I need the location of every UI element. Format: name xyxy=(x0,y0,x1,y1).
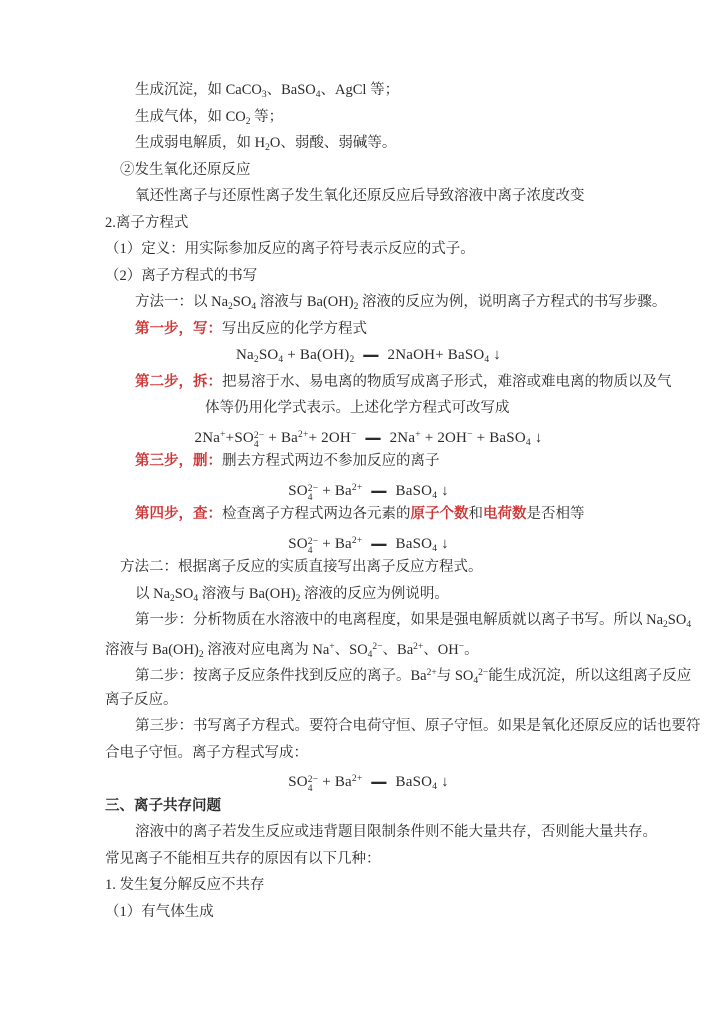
text-run: 2Na xyxy=(195,430,221,446)
text-line: （1）有气体生成 xyxy=(105,899,620,926)
text-run: SO xyxy=(288,774,308,790)
equation-line: SO2−4 + Ba2+ — BaSO4 ↓ xyxy=(105,766,620,793)
text-line: 第三步：书写离子方程式。要符合电荷守恒、原子守恒。如果是氧化还原反应的话也要符 xyxy=(135,713,620,740)
text-run: 三、离子共存问题 xyxy=(105,798,221,814)
text-run: ↓ xyxy=(489,347,501,363)
section-heading: 三、离子共存问题 xyxy=(105,793,620,820)
text-line: 1. 发生复分解反应不共存 xyxy=(105,872,620,899)
text-run: 2+ xyxy=(427,668,437,678)
text-run: 、SO xyxy=(335,642,368,658)
text-run: 合电子守恒。离子方程式写成： xyxy=(105,745,308,761)
text-run: O、弱酸、弱碱等。 xyxy=(270,135,396,151)
text-run: ②发生氧化还原反应 xyxy=(120,162,251,178)
text-run: 以 Na xyxy=(135,586,170,602)
text-run: 1. 发生复分解反应不共存 xyxy=(105,877,265,893)
text-run: 方法二：根据离子反应的实质直接写出离子反应方程式。 xyxy=(120,559,483,575)
text-run: 和 xyxy=(469,506,484,522)
text-run: 等； xyxy=(251,109,284,125)
text-run: 溶液的反应为例，说明离子方程式的书写步骤。 xyxy=(358,294,666,310)
text-run: （1）定义：用实际参加反应的离子符号表示反应的式子。 xyxy=(105,241,475,257)
text-run: SO xyxy=(233,294,252,310)
equals-sign: — xyxy=(365,409,380,467)
document-content: 生成沉淀，如 CaCO3、BaSO4、AgCl 等；生成气体，如 CO2 等；生… xyxy=(105,77,620,925)
text-run: 、AgCl 等； xyxy=(321,82,400,98)
text-line: 第二步：按离子反应条件找到反应的离子。Ba2+与 SO42−能生成沉淀，所以这组… xyxy=(135,660,620,687)
text-run: 溶液与 Ba(OH) xyxy=(198,586,295,602)
text-run: 第一步：分析物质在水溶液中的电离程度，如果是强电解质就以离子书写。所以 Na xyxy=(135,612,663,628)
equals-sign: — xyxy=(371,462,386,520)
text-run: + Ba xyxy=(318,536,352,552)
text-run: +SO xyxy=(226,430,254,446)
text-run: 2Na xyxy=(386,430,416,446)
text-run: 4 xyxy=(686,620,691,630)
text-run: − xyxy=(351,430,357,440)
text-run: 溶液中的离子若发生反应或违背题目限制条件则不能大量共存，否则能大量共存。 xyxy=(135,824,657,840)
equals-sign: — xyxy=(371,515,386,573)
text-run: SO xyxy=(259,347,279,363)
text-run xyxy=(354,347,358,363)
text-run: 体等仍用化学式表示。上述化学方程式可改写成 xyxy=(205,400,510,416)
text-run: BaSO xyxy=(392,536,433,552)
text-run: 生成弱电解质，如 H xyxy=(135,135,265,151)
text-run: ↓ xyxy=(531,430,543,446)
text-run xyxy=(357,430,361,446)
text-run: 常见离子不能相互共存的原因有以下几种： xyxy=(105,851,381,867)
text-run: SO xyxy=(668,612,687,628)
text-run: 写出反应的化学方程式 xyxy=(222,321,367,337)
text-run xyxy=(362,536,366,552)
text-run: SO xyxy=(288,483,308,499)
text-run: 溶液的反应为例说明。 xyxy=(300,586,449,602)
text-line: 第一步：分析物质在水溶液中的电离程度，如果是强电解质就以离子书写。所以 Na2S… xyxy=(135,607,620,634)
text-run: + 2OH xyxy=(421,430,467,446)
text-run: 电荷数 xyxy=(483,506,527,522)
text-line: （1）定义：用实际参加反应的离子符号表示反应的式子。 xyxy=(105,236,620,263)
text-run: ↓ xyxy=(437,483,449,499)
text-run: 生成气体，如 CO xyxy=(135,109,246,125)
equals-sign: — xyxy=(371,753,386,811)
text-run: 2+ xyxy=(352,774,363,784)
ion-charge-stack: 2−4 xyxy=(254,432,265,450)
ion-charge-stack: 2−4 xyxy=(308,485,319,503)
text-run: 方法一：以 Na xyxy=(135,294,228,310)
equals-sign: — xyxy=(363,326,378,384)
text-line: 溶液中的离子若发生反应或违背题目限制条件则不能大量共存，否则能大量共存。 xyxy=(135,819,620,846)
text-run: 原子个数 xyxy=(411,506,469,522)
text-run: 溶液与 Ba(OH) xyxy=(256,294,353,310)
text-run: ↓ xyxy=(437,536,449,552)
text-run: Na xyxy=(236,347,254,363)
text-line: 氧还性离子与还原性离子发生氧化还原反应后导致溶液中离子浓度改变 xyxy=(135,183,620,210)
text-line: 生成气体，如 CO2 等； xyxy=(135,104,620,131)
text-line: 以 Na2SO4 溶液与 Ba(OH)2 溶液的反应为例说明。 xyxy=(135,581,620,608)
text-run: + Ba xyxy=(264,430,298,446)
text-run: 、BaSO xyxy=(267,82,316,98)
text-line: 合电子守恒。离子方程式写成： xyxy=(105,740,620,767)
text-run: BaSO xyxy=(392,774,433,790)
text-line: 生成沉淀，如 CaCO3、BaSO4、AgCl 等； xyxy=(135,77,620,104)
text-run: 2+ xyxy=(352,536,363,546)
text-run: 第二步：按离子反应条件找到反应的离子。Ba xyxy=(135,668,427,684)
text-line: 2.离子方程式 xyxy=(105,210,620,237)
ion-charge-stack: 2−4 xyxy=(308,776,319,794)
text-run: 第四步，查： xyxy=(135,506,222,522)
text-run: 2+ xyxy=(413,642,423,652)
text-line: 方法一：以 Na2SO4 溶液与 Ba(OH)2 溶液的反应为例，说明离子方程式… xyxy=(135,289,620,316)
text-run: （2）离子方程式的书写 xyxy=(105,268,257,284)
text-run xyxy=(362,483,366,499)
text-run: 2.离子方程式 xyxy=(105,215,188,231)
text-run: + Ba xyxy=(318,774,352,790)
text-line: 常见离子不能相互共存的原因有以下几种： xyxy=(105,846,620,873)
text-run: （1）有气体生成 xyxy=(105,904,214,920)
text-line: 生成弱电解质，如 H2O、弱酸、弱碱等。 xyxy=(135,130,620,157)
text-run: + BaSO xyxy=(473,430,526,446)
text-run: 第三步，删： xyxy=(135,453,222,469)
text-run: 2+ xyxy=(298,430,309,440)
text-run: 、OH xyxy=(423,642,458,658)
text-run: 溶液与 Ba(OH) xyxy=(105,642,199,658)
text-run: ↓ xyxy=(437,774,449,790)
text-run: 。 xyxy=(464,642,479,658)
text-run: 能生成沉淀，所以这组离子反应 xyxy=(488,668,691,684)
text-run: + Ba xyxy=(318,483,352,499)
text-run: 、Ba xyxy=(383,642,414,658)
text-run: 2+ xyxy=(352,483,363,493)
text-run: 把易溶于水、易电离的物质写成离子形式，难溶或难电离的物质以及气 xyxy=(222,374,672,390)
equation-line: 2Na++SO2−4 + Ba2++ 2OH− — 2Na+ + 2OH− + … xyxy=(105,422,620,449)
text-run: 离子反应。 xyxy=(105,692,178,708)
ion-charge-stack: 2−4 xyxy=(308,538,319,556)
text-line: 溶液与 Ba(OH)2 溶液对应电离为 Na+、SO42−、Ba2+、OH−。 xyxy=(105,634,620,661)
document-page: 生成沉淀，如 CaCO3、BaSO4、AgCl 等；生成气体，如 CO2 等；生… xyxy=(0,0,724,1024)
equation-line: SO2−4 + Ba2+ — BaSO4 ↓ xyxy=(105,528,620,555)
text-line: 体等仍用化学式表示。上述化学方程式可改写成 xyxy=(205,395,620,422)
text-run: 第三步：书写离子方程式。要符合电荷守恒、原子守恒。如果是氧化还原反应的话也要符 xyxy=(135,718,701,734)
text-line: ②发生氧化还原反应 xyxy=(120,157,620,184)
equation-line: Na2SO4 + Ba(OH)2 — 2NaOH+ BaSO4 ↓ xyxy=(105,342,620,369)
text-run: 生成沉淀，如 CaCO xyxy=(135,82,262,98)
text-run: + Ba(OH) xyxy=(283,347,349,363)
text-run: 溶液对应电离为 Na xyxy=(204,642,330,658)
text-line: （2）离子方程式的书写 xyxy=(105,263,620,290)
text-run: BaSO xyxy=(392,483,433,499)
text-run: 2− xyxy=(478,668,488,678)
text-run: 是否相等 xyxy=(527,506,585,522)
text-line: 离子反应。 xyxy=(105,687,620,714)
text-run: + 2OH xyxy=(309,430,351,446)
text-run: 氧还性离子与还原性离子发生氧化还原反应后导致溶液中离子浓度改变 xyxy=(135,188,585,204)
text-run: 删去方程式两边不参加反应的离子 xyxy=(222,453,440,469)
text-run: 2NaOH+ BaSO xyxy=(384,347,485,363)
text-run xyxy=(362,774,366,790)
text-run: 第二步，拆： xyxy=(135,374,222,390)
text-run: SO xyxy=(175,586,194,602)
text-run: 与 SO xyxy=(437,668,474,684)
text-run: 第一步，写： xyxy=(135,321,222,337)
text-run: SO xyxy=(288,536,308,552)
text-line: 方法二：根据离子反应的实质直接写出离子反应方程式。 xyxy=(120,554,620,581)
equation-line: SO2−4 + Ba2+ — BaSO4 ↓ xyxy=(105,475,620,502)
text-run: 2− xyxy=(372,642,382,652)
